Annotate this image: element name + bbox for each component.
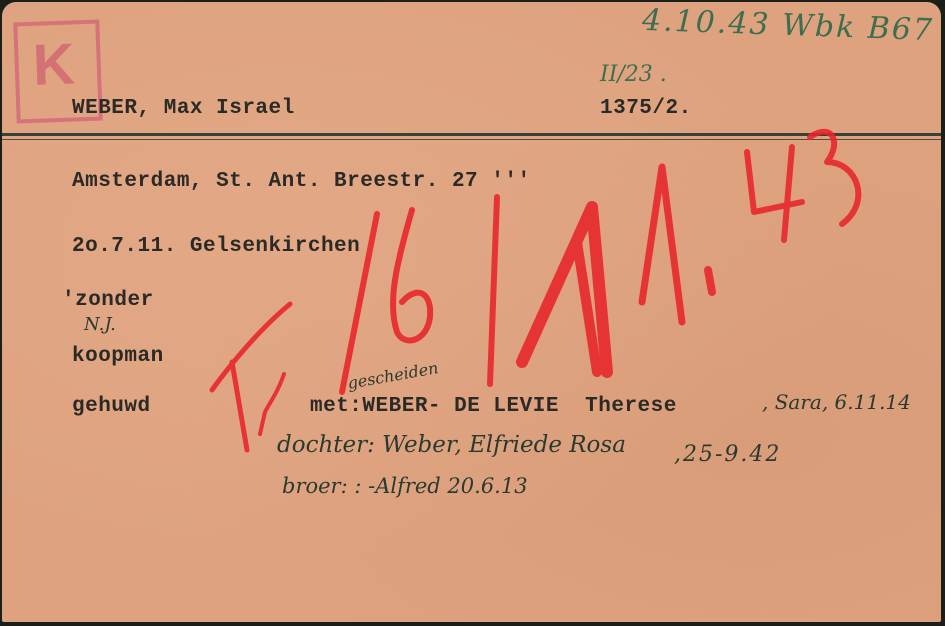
file-code: II/23 . [600,62,667,87]
religion-note: N.J. [84,314,116,335]
header-rule-thin [2,139,941,140]
spouse-typed: met:WEBER- DE LEVIE Therese [310,395,677,418]
archive-index-card: K 4.10.43 Wbk B67 II/23 . WEBER, Max Isr… [2,2,941,622]
marital-status: gehuwd [72,395,151,418]
address: Amsterdam, St. Ant. Breestr. 27 ''' [72,170,531,193]
brother-note: broer: : -Alfred 20.6.13 [282,474,528,498]
header-rule [2,133,941,136]
top-handwritten-note: 4.10.43 Wbk B67 [641,3,934,48]
daughter-note: dochter: Weber, Elfriede Rosa [277,432,626,458]
file-number: 1375/2. [600,97,692,120]
birth-date-place: 2o.7.11. Gelsenkirchen [72,235,360,258]
spouse-prefix-note: gescheiden [346,358,440,393]
red-crayon-marking: Tr 16.11.43 [2,2,941,622]
occupation: koopman [72,345,164,368]
religion-status: 'zonder [62,289,154,312]
spouse-note: , Sara, 6.11.14 [762,390,911,414]
stamp-letter: K [32,30,76,98]
person-name: WEBER, Max Israel [72,97,295,120]
daughter-date: ,25-9.42 [674,442,781,467]
